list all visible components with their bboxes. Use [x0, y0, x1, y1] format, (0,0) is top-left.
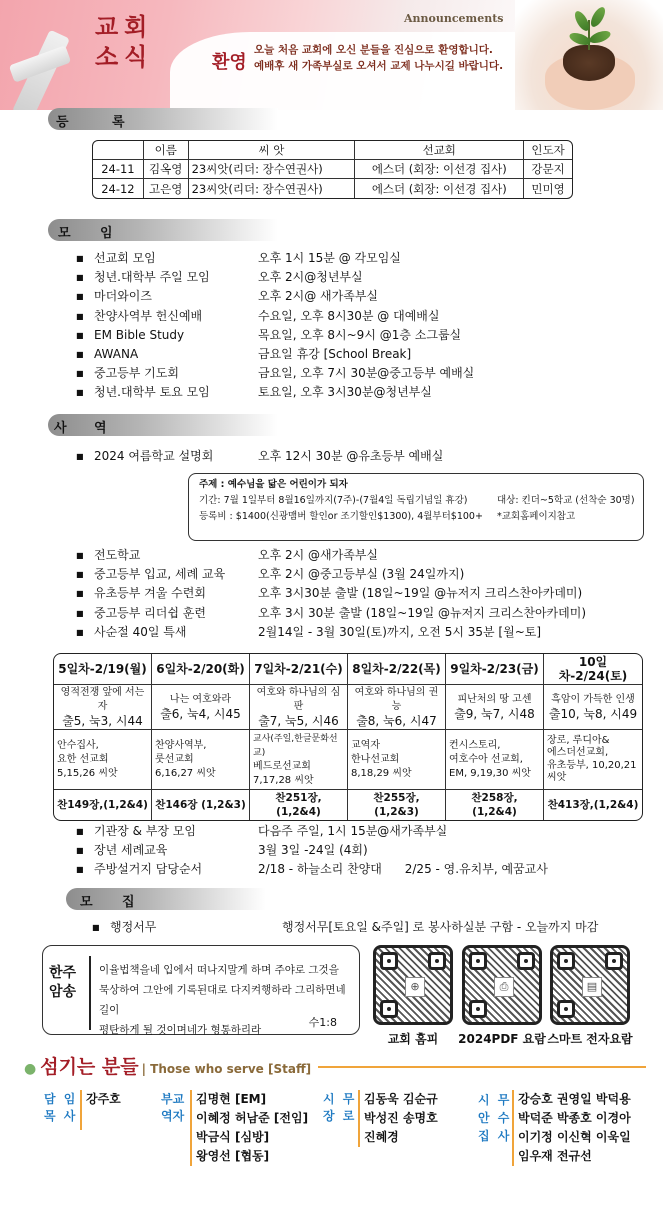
hymn-cell: 찬258장, (1,2&4)	[446, 790, 544, 820]
item-value: 오후 2시 @중고등부실 (3월 24일까지)	[258, 565, 464, 584]
table-cell: 고은영	[144, 179, 189, 198]
qr-label: 교회 홈피	[363, 1030, 463, 1047]
bible-reading: 출6, 눅4, 시45	[155, 707, 246, 721]
ministry-list-2: ■기관장 & 부장 모임다음주 주일, 1시 15분@새가족부실 ■장년 세례교…	[76, 822, 548, 880]
welcome-label: 환영	[212, 48, 247, 74]
qr-code-church-homepage[interactable]: ⊕	[373, 945, 453, 1025]
hymn-cell: 찬149장,(1,2&4)	[54, 790, 152, 820]
item-value: 오후 2시 @새가족부실	[258, 546, 378, 565]
bullet-icon: ■	[76, 307, 94, 326]
list-item: ■중고등부 리더쉽 훈련오후 3시 30분 출발 (18일~19일 @뉴저지 크…	[76, 604, 586, 623]
item-label: 주방설거지 담당순서	[94, 860, 258, 879]
bullet-icon: ■	[76, 841, 94, 860]
table-cell: 23씨앗(리더: 장수연권사)	[189, 160, 356, 179]
staff-title-korean: 섬기는 분들	[40, 1052, 138, 1079]
qr-code-pdf-directory[interactable]: ⎙	[462, 945, 542, 1025]
staff-name: 강승호 권영일 박덕용	[518, 1090, 631, 1109]
participants-cell: 안수집사,요한 선교회5,15,26 씨앗	[54, 730, 152, 790]
list-item: ■청년.대학부 주일 모임오후 2시@청년부실	[76, 268, 474, 287]
day-header: 8일차-2/22(목)	[348, 654, 446, 685]
item-label: 청년.대학부 토요 모임	[94, 383, 258, 402]
bible-reading: 출7, 눅5, 시46	[253, 714, 344, 728]
participants-cell: 교사(주일,한글문화선교)베드로선교회7,17,28 씨앗	[250, 730, 348, 790]
theme-text: 주제 : 예수님을 닮은 어린이가 되자	[199, 477, 348, 493]
item-value: 오후 2시@ 새가족부실	[258, 287, 378, 306]
staff-name: 김명현 [EM]	[196, 1090, 308, 1109]
participants-cell: 교역자한나선교회8,18,29 씨앗	[348, 730, 446, 790]
table-cell: 24-12	[93, 179, 144, 198]
participant-line: 6,16,27 씨앗	[155, 767, 246, 781]
hymn-cell: 찬251장, (1,2&4)	[250, 790, 348, 820]
sermon-topic: 나는 여호와라	[155, 693, 246, 707]
list-item: ■유초등부 겨울 수련회오후 3시30분 출발 (18일~19일 @뉴저지 크리…	[76, 584, 586, 603]
participants-cell: 장로, 루디아&에스더선교회,유초등부, 10,20,21씨앗	[544, 730, 642, 790]
column-header: 이름	[144, 141, 189, 160]
column-header: 씨 앗	[189, 141, 356, 160]
bible-reading: 출8, 눅6, 시47	[351, 714, 442, 728]
participant-line: 안수집사,	[57, 739, 148, 753]
role-line: 시 무	[323, 1091, 356, 1108]
item-label: 선교회 모임	[94, 249, 258, 268]
bullet-icon: ■	[76, 383, 94, 402]
bullet-icon: ■	[76, 604, 94, 623]
participant-line: 교역자	[351, 739, 442, 753]
item-label: 행정서무	[110, 918, 282, 937]
section-char: 모	[80, 891, 93, 910]
role-line: 부교	[161, 1091, 184, 1108]
topic-cell: 여호와 하나님의 심판출7, 눅5, 시46	[250, 685, 348, 730]
qr-finder	[557, 952, 575, 970]
page-title: 교회 소식	[95, 12, 153, 72]
welcome-line-1: 오늘 처음 교회에 오신 분들을 진심으로 환영합니다.	[254, 42, 503, 58]
qr-code-smart-directory[interactable]: ▤	[550, 945, 630, 1025]
plant-in-hands-image	[515, 0, 663, 110]
role-line: 집 사	[478, 1127, 511, 1145]
participant-line: EM, 9,19,30 씨앗	[449, 767, 540, 781]
staff-names: 김동욱 김순규 박성진 송명호 진혜경	[358, 1090, 438, 1147]
list-item: ■전도학교오후 2시 @새가족부실	[76, 546, 586, 565]
participant-line: 유초등부, 10,20,21	[547, 760, 639, 773]
lent-prayer-schedule-table: 5일차-2/19(월) 6일차-2/20(화) 7일차-2/21(수) 8일차-…	[53, 653, 643, 821]
table-row: 24-11 김옥영 23씨앗(리더: 장수연권사) 에스더 (회장: 이선경 집…	[93, 160, 572, 179]
bullet-icon: ■	[76, 447, 94, 466]
item-label: 중고등부 리더쉽 훈련	[94, 604, 258, 623]
role-line: 역자	[161, 1108, 184, 1125]
item-value: 금요일 휴강 [School Break]	[258, 345, 411, 364]
column-header: 선교회	[355, 141, 524, 160]
target-text: 대상: 킨더~5학교 (선착순 30명)	[497, 493, 635, 509]
participant-line: 찬양사역부,	[155, 739, 246, 753]
bullet-icon: ■	[76, 268, 94, 287]
globe-icon: ⊕	[405, 977, 425, 997]
day-header: 6일차-2/20(화)	[152, 654, 250, 685]
staff-name: 이기정 이신혁 이욱일	[518, 1128, 631, 1147]
bullet-icon: ■	[76, 565, 94, 584]
staff-title-english: | Those who serve [Staff]	[142, 1062, 312, 1076]
bullet-icon: ■	[76, 822, 94, 841]
item-value: 수요일, 오후 8시30분 @ 대예배실	[258, 307, 440, 326]
list-item: ■2024 여름학교 설명회오후 12시 30분 @유초등부 예배실	[76, 447, 443, 466]
item-label: EM Bible Study	[94, 326, 258, 345]
verse-line: 이율법책을네 입에서 떠나지말게 하며 주야로 그것을	[99, 960, 359, 980]
qr-finder	[380, 952, 398, 970]
leaf-icon	[588, 5, 608, 29]
day-header: 9일차-2/23(금)	[446, 654, 544, 685]
staff-section-title: ● 섬기는 분들 | Those who serve [Staff]	[24, 1052, 311, 1079]
participant-line: 장로, 루디아&	[547, 735, 639, 748]
participant-line: 5,15,26 씨앗	[57, 767, 148, 781]
item-label: 사순절 40일 특새	[94, 623, 258, 642]
sermon-topic: 흑암이 가득한 인생	[547, 693, 639, 707]
table-cell: 에스더 (회장: 이선경 집사)	[355, 179, 524, 198]
section-char: 역	[94, 417, 107, 436]
bullet-icon: ■	[92, 918, 110, 937]
staff-name: 왕영선 [협동]	[196, 1147, 308, 1166]
section-char: 집	[122, 891, 135, 910]
staff-role: 시 무 안 수 집 사	[478, 1091, 511, 1145]
bullet-icon: ■	[76, 584, 94, 603]
topic-cell: 영적전쟁 앞에 서는 자출5, 눅3, 시44	[54, 685, 152, 730]
staff-role: 부교 역자	[161, 1091, 184, 1125]
bullet-icon: ■	[76, 249, 94, 268]
item-value: 3월 3일 -24일 (4회)	[258, 841, 368, 860]
staff-name: 박성진 송명호	[364, 1109, 438, 1128]
column-header: 인도자	[524, 141, 572, 160]
role-line: 안 수	[478, 1109, 511, 1127]
sermon-topic: 영적전쟁 앞에 서는 자	[57, 686, 148, 714]
announcements-header: 교회 소식 Announcements 환영 오늘 처음 교회에 오신 분들을 …	[0, 0, 663, 110]
item-value: 금요일, 오후 7시 30분@중고등부 예배실	[258, 364, 474, 383]
item-label: 전도학교	[94, 546, 258, 565]
participant-line: 에스더선교회,	[547, 747, 639, 760]
title-line-1: 교회	[95, 12, 153, 42]
item-label: 청년.대학부 주일 모임	[94, 268, 258, 287]
table-row: 24-12 고은영 23씨앗(리더: 장수연권사) 에스더 (회장: 이선경 집…	[93, 179, 572, 198]
list-item: ■마더와이즈오후 2시@ 새가족부실	[76, 287, 474, 306]
participant-line: 교사(주일,한글문화선교)	[253, 732, 344, 760]
item-value: 2/18 - 하늘소리 찬양대 2/25 - 영.유치부, 예꿈교사	[258, 860, 548, 879]
recruit-list: ■행정서무행정서무[토요일 &주일] 로 봉사하실분 구함 - 오늘까지 마감	[92, 918, 598, 937]
table-cell: 김옥영	[144, 160, 189, 179]
list-item: ■중고등부 기도회금요일, 오후 7시 30분@중고등부 예배실	[76, 364, 474, 383]
item-value: 2월14일 - 3월 30일(토)까지, 오전 5시 35분 [월~토]	[258, 623, 541, 642]
topic-cell: 흑암이 가득한 인생출10, 눅8, 시49	[544, 685, 642, 730]
verse-reference: 수1:8	[309, 1014, 337, 1030]
divider	[318, 1066, 646, 1068]
table-cell: 23씨앗(리더: 장수연권사)	[189, 179, 356, 198]
item-value: 오후 3시 30분 출발 (18일~19일 @뉴저지 크리스찬아카데미)	[258, 604, 586, 623]
table-row: 영적전쟁 앞에 서는 자출5, 눅3, 시44 나는 여호와라출6, 눅4, 시…	[54, 685, 642, 730]
list-item: ■AWANA금요일 휴강 [School Break]	[76, 345, 474, 364]
list-item: ■찬양사역부 헌신예배수요일, 오후 8시30분 @ 대예배실	[76, 307, 474, 326]
section-header-registration: 등 록	[48, 108, 278, 130]
item-label: 2024 여름학교 설명회	[94, 447, 258, 466]
list-item: ■장년 세례교육3월 3일 -24일 (4회)	[76, 841, 548, 860]
fee-text: 등록비 : $1400(신광맴버 할인or 조기할인$1300), 4월부터$1…	[199, 509, 497, 525]
list-item: ■기관장 & 부장 모임다음주 주일, 1시 15분@새가족부실	[76, 822, 548, 841]
role-line: 목 사	[44, 1108, 77, 1125]
welcome-message: 오늘 처음 교회에 오신 분들을 진심으로 환영합니다. 예배후 새 가족부실로…	[254, 42, 503, 74]
staff-names: 강승호 권영일 박덕용 박덕준 박종호 이경아 이기정 이신혁 이욱일 임우재 …	[512, 1090, 631, 1166]
bible-reading: 출9, 눅7, 시48	[449, 707, 540, 721]
topic-cell: 나는 여호와라출6, 눅4, 시45	[152, 685, 250, 730]
qr-finder	[557, 1000, 575, 1018]
app-icon: ▤	[582, 977, 602, 997]
sermon-topic: 피난처의 땅 고센	[449, 693, 540, 707]
topic-cell: 여호와 하나님의 권능출8, 눅6, 시47	[348, 685, 446, 730]
bullet-icon: ■	[76, 860, 94, 879]
column-header	[93, 141, 144, 160]
summer-school-item: ■2024 여름학교 설명회오후 12시 30분 @유초등부 예배실	[76, 447, 443, 466]
qr-finder	[469, 952, 487, 970]
item-label: 찬양사역부 헌신예배	[94, 307, 258, 326]
table-cell: 강문지	[524, 160, 572, 179]
list-item: ■중고등부 입교, 세례 교육오후 2시 @중고등부실 (3월 24일까지)	[76, 565, 586, 584]
participant-line: 여호수아 선교회,	[449, 753, 540, 767]
item-value: 목요일, 오후 8시~9시 @1층 소그룹실	[258, 326, 461, 345]
leaf-icon	[588, 29, 612, 46]
staff-role: 담 임 목 사	[44, 1091, 77, 1125]
staff-names: 강주호	[80, 1090, 121, 1130]
participant-line: 한나선교회	[351, 753, 442, 767]
bullet-icon: ■	[76, 546, 94, 565]
item-value: 토요일, 오후 3시30분@청년부실	[258, 383, 432, 402]
item-value: 오후 12시 30분 @유초등부 예배실	[258, 447, 443, 466]
item-value: 오후 2시@청년부실	[258, 268, 363, 287]
bible-reading: 출10, 눅8, 시49	[547, 707, 639, 721]
title-line-2: 소식	[95, 42, 153, 72]
bullet-icon: ■	[76, 345, 94, 364]
table-row: 안수집사,요한 선교회5,15,26 씨앗 찬양사역부,룻선교회6,16,27 …	[54, 730, 642, 790]
table-cell: 에스더 (회장: 이선경 집사)	[355, 160, 524, 179]
pdf-icon: ⎙	[494, 977, 514, 997]
item-value: 오후 1시 15분 @ 각모임실	[258, 249, 401, 268]
section-char: 모	[58, 222, 71, 241]
qr-finder	[380, 1000, 398, 1018]
section-char: 록	[112, 111, 125, 130]
section-header-meetings: 모 임	[48, 219, 278, 241]
list-item: ■행정서무행정서무[토요일 &주일] 로 봉사하실분 구함 - 오늘까지 마감	[92, 918, 598, 937]
item-label: 마더와이즈	[94, 287, 258, 306]
day-header: 5일차-2/19(월)	[54, 654, 152, 685]
table-cell: 24-11	[93, 160, 144, 179]
participant-line: 7,17,28 씨앗	[253, 774, 344, 788]
table-header-row: 이름 씨 앗 선교회 인도자	[93, 141, 572, 160]
item-label: 중고등부 기도회	[94, 364, 258, 383]
list-item: ■주방설거지 담당순서2/18 - 하늘소리 찬양대 2/25 - 영.유치부,…	[76, 860, 548, 879]
item-label: 중고등부 입교, 세례 교육	[94, 565, 258, 584]
qr-finder	[605, 952, 623, 970]
participant-line: 씨앗	[547, 772, 639, 785]
sermon-topic: 여호와 하나님의 권능	[351, 686, 442, 714]
qr-label: 스마트 전자요람	[540, 1030, 640, 1047]
label-line: 암송	[49, 983, 79, 1002]
item-value: 행정서무[토요일 &주일] 로 봉사하실분 구함 - 오늘까지 마감	[282, 918, 598, 937]
day-header: 7일차-2/21(수)	[250, 654, 348, 685]
announcements-label: Announcements	[404, 12, 503, 25]
note-text: *교회홈페이지참고	[497, 509, 575, 525]
memory-verse-label: 한주 암송	[49, 964, 79, 1002]
list-item: ■청년.대학부 토요 모임토요일, 오후 3시30분@청년부실	[76, 383, 474, 402]
item-value: 오후 3시30분 출발 (18일~19일 @뉴저지 크리스찬아카데미)	[258, 584, 582, 603]
participant-line: 요한 선교회	[57, 753, 148, 767]
participants-cell: 컨시스토리,여호수아 선교회,EM, 9,19,30 씨앗	[446, 730, 544, 790]
list-item: ■사순절 40일 특새2월14일 - 3월 30일(토)까지, 오전 5시 35…	[76, 623, 586, 642]
item-label: AWANA	[94, 345, 258, 364]
staff-role: 시 무 장 로	[323, 1091, 356, 1125]
day-header: 10일차-2/24(토)	[544, 654, 642, 685]
divider	[89, 956, 91, 1030]
qr-finder	[469, 1000, 487, 1018]
staff-name: 강주호	[86, 1090, 121, 1109]
participant-line: 8,18,29 씨앗	[351, 767, 442, 781]
staff-names: 김명현 [EM] 이혜정 허남준 [전임] 박금식 [심방] 왕영선 [협동]	[190, 1090, 308, 1166]
staff-name: 이혜정 허남준 [전임]	[196, 1109, 308, 1128]
participant-line: 컨시스토리,	[449, 739, 540, 753]
topic-cell: 피난처의 땅 고센출9, 눅7, 시48	[446, 685, 544, 730]
role-line: 장 로	[323, 1108, 356, 1125]
section-header-ministry: 사 역	[48, 414, 278, 436]
bullet-icon: ■	[76, 364, 94, 383]
registration-table: 이름 씨 앗 선교회 인도자 24-11 김옥영 23씨앗(리더: 장수연권사)…	[92, 140, 573, 199]
table-cell: 민미영	[524, 179, 572, 198]
bullet-dot-icon: ●	[24, 1061, 36, 1077]
staff-name: 진혜경	[364, 1128, 438, 1147]
ministry-list: ■전도학교오후 2시 @새가족부실 ■중고등부 입교, 세례 교육오후 2시 @…	[76, 546, 586, 642]
weekly-memory-verse-box: 한주 암송 이율법책을네 입에서 떠나지말게 하며 주야로 그것을 묵상하여 그…	[42, 945, 360, 1035]
soil-shape	[563, 45, 615, 81]
qr-finder	[517, 952, 535, 970]
hymn-cell: 찬413장,(1,2&4)	[544, 790, 642, 820]
role-line: 시 무	[478, 1091, 511, 1109]
hymn-cell: 찬146장 (1,2&3)	[152, 790, 250, 820]
hymn-cell: 찬255장, (1,2&3)	[348, 790, 446, 820]
summer-school-info-box: 주제 : 예수님을 닮은 어린이가 되자 기간: 7월 1일부터 8월16일까지…	[188, 473, 644, 541]
bullet-icon: ■	[76, 287, 94, 306]
bullet-icon: ■	[76, 623, 94, 642]
item-label: 기관장 & 부장 모임	[94, 822, 258, 841]
participants-cell: 찬양사역부,룻선교회6,16,27 씨앗	[152, 730, 250, 790]
list-item: ■EM Bible Study목요일, 오후 8시~9시 @1층 소그룹실	[76, 326, 474, 345]
section-char: 임	[100, 222, 113, 241]
item-label: 유초등부 겨울 수련회	[94, 584, 258, 603]
participant-line: 룻선교회	[155, 753, 246, 767]
bullet-icon: ■	[76, 326, 94, 345]
qr-label: 2024PDF 요람	[452, 1030, 552, 1047]
list-item: ■선교회 모임오후 1시 15분 @ 각모임실	[76, 249, 474, 268]
welcome-line-2: 예배후 새 가족부실로 오셔서 교제 나누시길 바랍니다.	[254, 58, 503, 74]
qr-finder	[428, 952, 446, 970]
label-line: 한주	[49, 964, 79, 983]
table-header-row: 5일차-2/19(월) 6일차-2/20(화) 7일차-2/21(수) 8일차-…	[54, 654, 642, 685]
participant-line: 베드로선교회	[253, 760, 344, 774]
staff-name: 박금식 [심방]	[196, 1128, 308, 1147]
item-label: 장년 세례교육	[94, 841, 258, 860]
staff-name: 김동욱 김순규	[364, 1090, 438, 1109]
section-char: 등	[56, 111, 69, 130]
meetings-list: ■선교회 모임오후 1시 15분 @ 각모임실 ■청년.대학부 주일 모임오후 …	[76, 249, 474, 403]
item-value: 다음주 주일, 1시 15분@새가족부실	[258, 822, 447, 841]
section-char: 사	[54, 417, 67, 436]
bible-reading: 출5, 눅3, 시44	[57, 714, 148, 728]
period-text: 기간: 7월 1일부터 8월16일까지(7주)-(7월4일 독립기념일 휴강)	[199, 493, 497, 509]
section-header-recruit: 모 집	[66, 888, 266, 910]
staff-name: 임우재 전규선	[518, 1147, 631, 1166]
table-row: 찬149장,(1,2&4) 찬146장 (1,2&3) 찬251장, (1,2&…	[54, 790, 642, 820]
sermon-topic: 여호와 하나님의 심판	[253, 686, 344, 714]
role-line: 담 임	[44, 1091, 77, 1108]
staff-name: 박덕준 박종호 이경아	[518, 1109, 631, 1128]
